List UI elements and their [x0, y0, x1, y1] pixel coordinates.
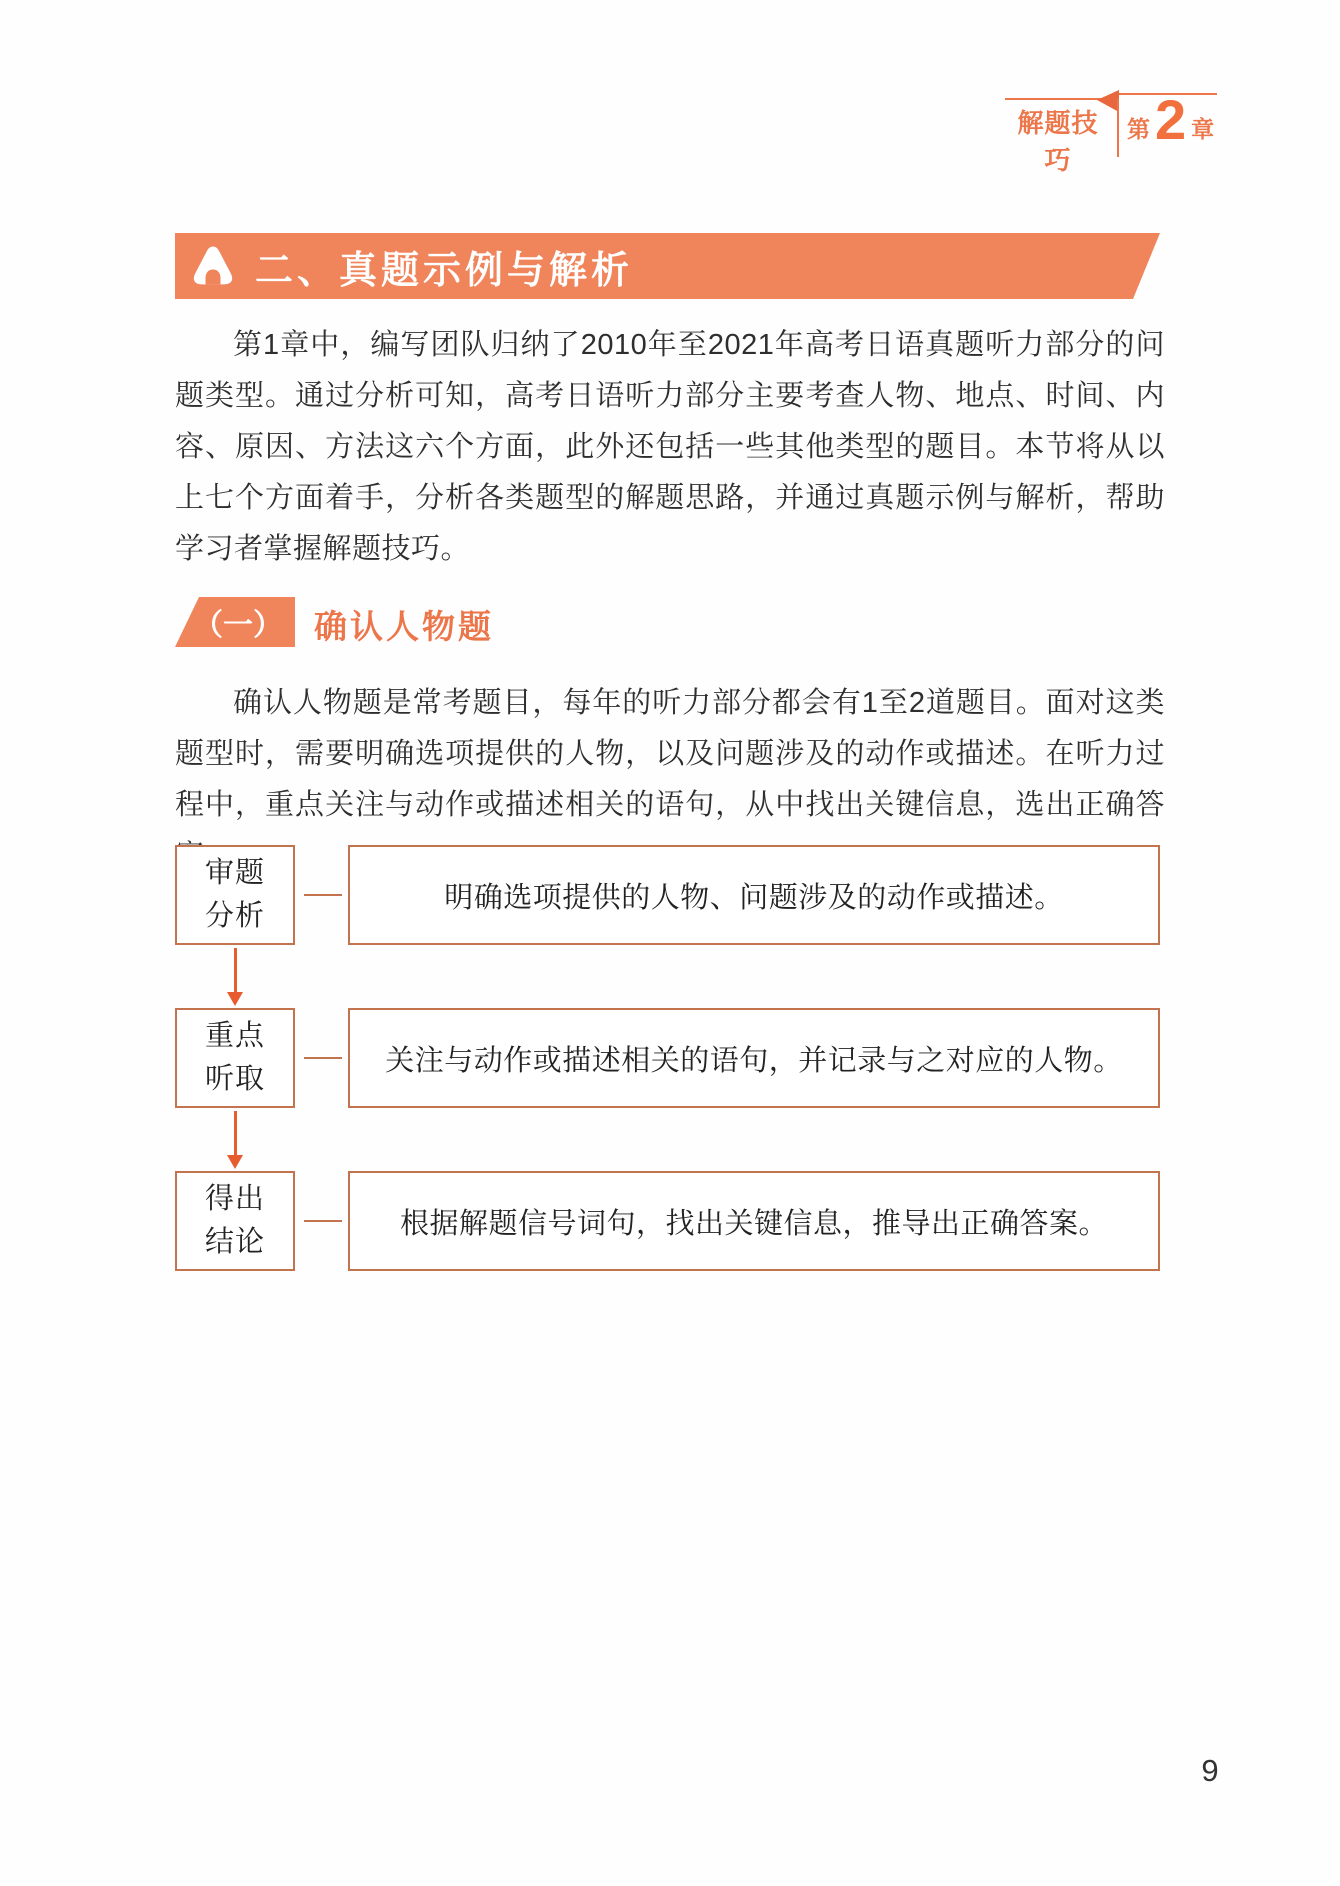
flow-step-label-line: 重点: [205, 1015, 265, 1058]
chapter-number: 2: [1155, 92, 1186, 148]
flow-connector: [304, 1057, 342, 1059]
flow-step-description: 明确选项提供的人物、问题涉及的动作或描述。: [348, 845, 1160, 945]
flow-step-description: 根据解题信号词句，找出关键信息，推导出正确答案。: [348, 1171, 1160, 1271]
flow-step-label-line: 分析: [205, 895, 265, 938]
chapter-prefix: 第: [1127, 97, 1150, 144]
tab-divider: [1117, 99, 1119, 157]
section-banner: 二、真题示例与解析: [175, 233, 1160, 299]
flow-step-label: 得出 结论: [175, 1171, 295, 1271]
flow-connector: [304, 894, 342, 896]
tab-rule-left: [1005, 98, 1109, 100]
flow-step-description-text: 明确选项提供的人物、问题涉及的动作或描述。: [444, 875, 1064, 916]
subsection-badge: （一）: [175, 597, 295, 647]
flow-step-description-text: 根据解题信号词句，找出关键信息，推导出正确答案。: [400, 1201, 1108, 1242]
flow-step-label-line: 结论: [205, 1221, 265, 1264]
flow-step-description-text: 关注与动作或描述相关的语句，并记录与之对应的人物。: [385, 1038, 1123, 1079]
chapter-number-group: 第 2 章: [1127, 92, 1214, 148]
chapter-suffix: 章: [1191, 97, 1214, 144]
subsection-title: 确认人物题: [314, 601, 494, 648]
flow-step-label: 审题 分析: [175, 845, 295, 945]
down-arrow-icon: [227, 948, 243, 1006]
home-icon: [189, 243, 237, 289]
intro-paragraph: 第1章中，编写团队归纳了2010年至2021年高考日语真题听力部分的问题类型。通…: [175, 320, 1165, 575]
flow-step-description: 关注与动作或描述相关的语句，并记录与之对应的人物。: [348, 1008, 1160, 1108]
flow-step-label-line: 得出: [205, 1178, 265, 1221]
down-arrow-icon: [227, 1111, 243, 1169]
flow-step-label-line: 听取: [205, 1058, 265, 1101]
flow-step-label: 重点 听取: [175, 1008, 295, 1108]
book-page: 解题技巧 第 2 章 二、真题示例与解析 第1章中，编写团队归纳了2010年至2…: [0, 0, 1340, 1886]
page-number: 9: [1185, 1753, 1235, 1789]
section-title: 二、真题示例与解析: [255, 239, 633, 294]
chapter-tab-label: 解题技巧: [1005, 103, 1111, 177]
flow-step-label-line: 审题: [205, 852, 265, 895]
flow-connector: [304, 1220, 342, 1222]
chapter-tab: 解题技巧 第 2 章: [1005, 86, 1220, 166]
